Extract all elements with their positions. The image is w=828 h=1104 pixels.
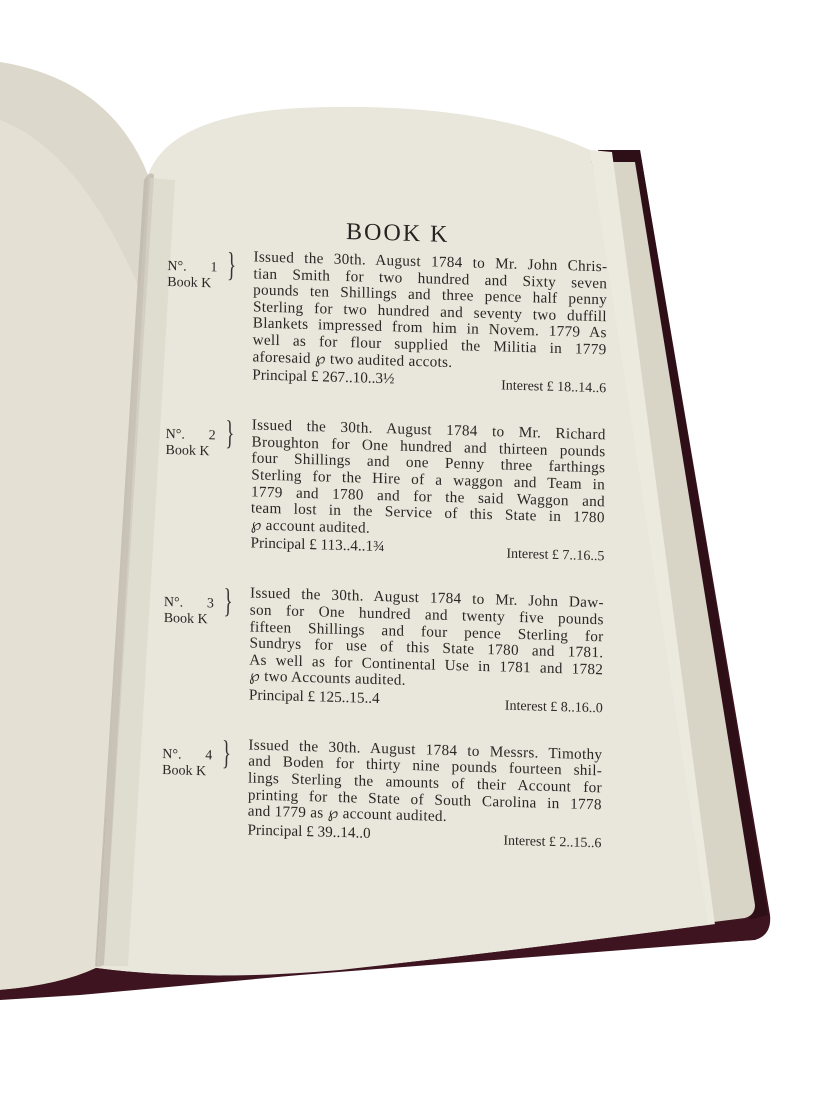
book-letter: K bbox=[196, 764, 206, 779]
brace-icon: } bbox=[225, 417, 234, 451]
principal-amount: Principal £ 267..10..3½ bbox=[252, 367, 394, 392]
number-label: N°. bbox=[164, 595, 183, 612]
entry-text: Issued the 30th. August 1784 to Messrs. … bbox=[248, 737, 603, 830]
principal-amount: Principal £ 39..14..0 bbox=[247, 821, 370, 845]
book-letter: K bbox=[199, 444, 209, 459]
interest-amount: Interest £ 7..16..5 bbox=[506, 542, 604, 566]
entry-number: 1 bbox=[210, 260, 217, 276]
number-label: N°. bbox=[167, 259, 186, 276]
book-label: Book bbox=[165, 443, 195, 459]
ledger-entry: N°.2 Book K } Issued the 30th. August 17… bbox=[164, 415, 605, 565]
brace-icon: } bbox=[227, 249, 236, 283]
brace-icon: } bbox=[223, 585, 232, 619]
principal-amount: Principal £ 125..15..4 bbox=[249, 686, 380, 711]
entry-number: 2 bbox=[209, 428, 216, 444]
book-letter: K bbox=[201, 276, 211, 291]
ledger-entry: N°.3 Book K } Issued the 30th. August 17… bbox=[163, 583, 604, 717]
book-letter: K bbox=[198, 612, 208, 627]
ledger-entry: N°.1 Book K } Issued the 30th. August 17… bbox=[166, 247, 607, 397]
ledger-entry: N°.4 Book K } Issued the 30th. August 17… bbox=[161, 735, 602, 852]
entry-number: 3 bbox=[207, 597, 214, 613]
book-photo: BOOK K N°.1 Book K } Issued the 30th. Au… bbox=[0, 0, 828, 1104]
book-label: Book bbox=[167, 275, 197, 291]
brace-icon: } bbox=[222, 737, 231, 771]
interest-amount: Interest £ 18..14..6 bbox=[501, 374, 606, 398]
entry-number: 4 bbox=[205, 748, 212, 764]
book-label: Book bbox=[162, 763, 192, 779]
right-page-content: BOOK K N°.1 Book K } Issued the 30th. Au… bbox=[161, 214, 608, 882]
entry-text: Issued the 30th. August 1784 to Mr. John… bbox=[252, 249, 607, 375]
principal-amount: Principal £ 113..4..1¾ bbox=[250, 535, 384, 560]
book-label: Book bbox=[164, 611, 194, 627]
interest-amount: Interest £ 2..15..6 bbox=[503, 828, 601, 852]
entry-text: Issued the 30th. August 1784 to Mr. John… bbox=[249, 586, 604, 695]
number-label: N°. bbox=[162, 747, 181, 764]
number-label: N°. bbox=[166, 427, 185, 444]
interest-amount: Interest £ 8..16..0 bbox=[505, 693, 603, 717]
entry-text: Issued the 30th. August 1784 to Mr. Rich… bbox=[251, 418, 606, 544]
